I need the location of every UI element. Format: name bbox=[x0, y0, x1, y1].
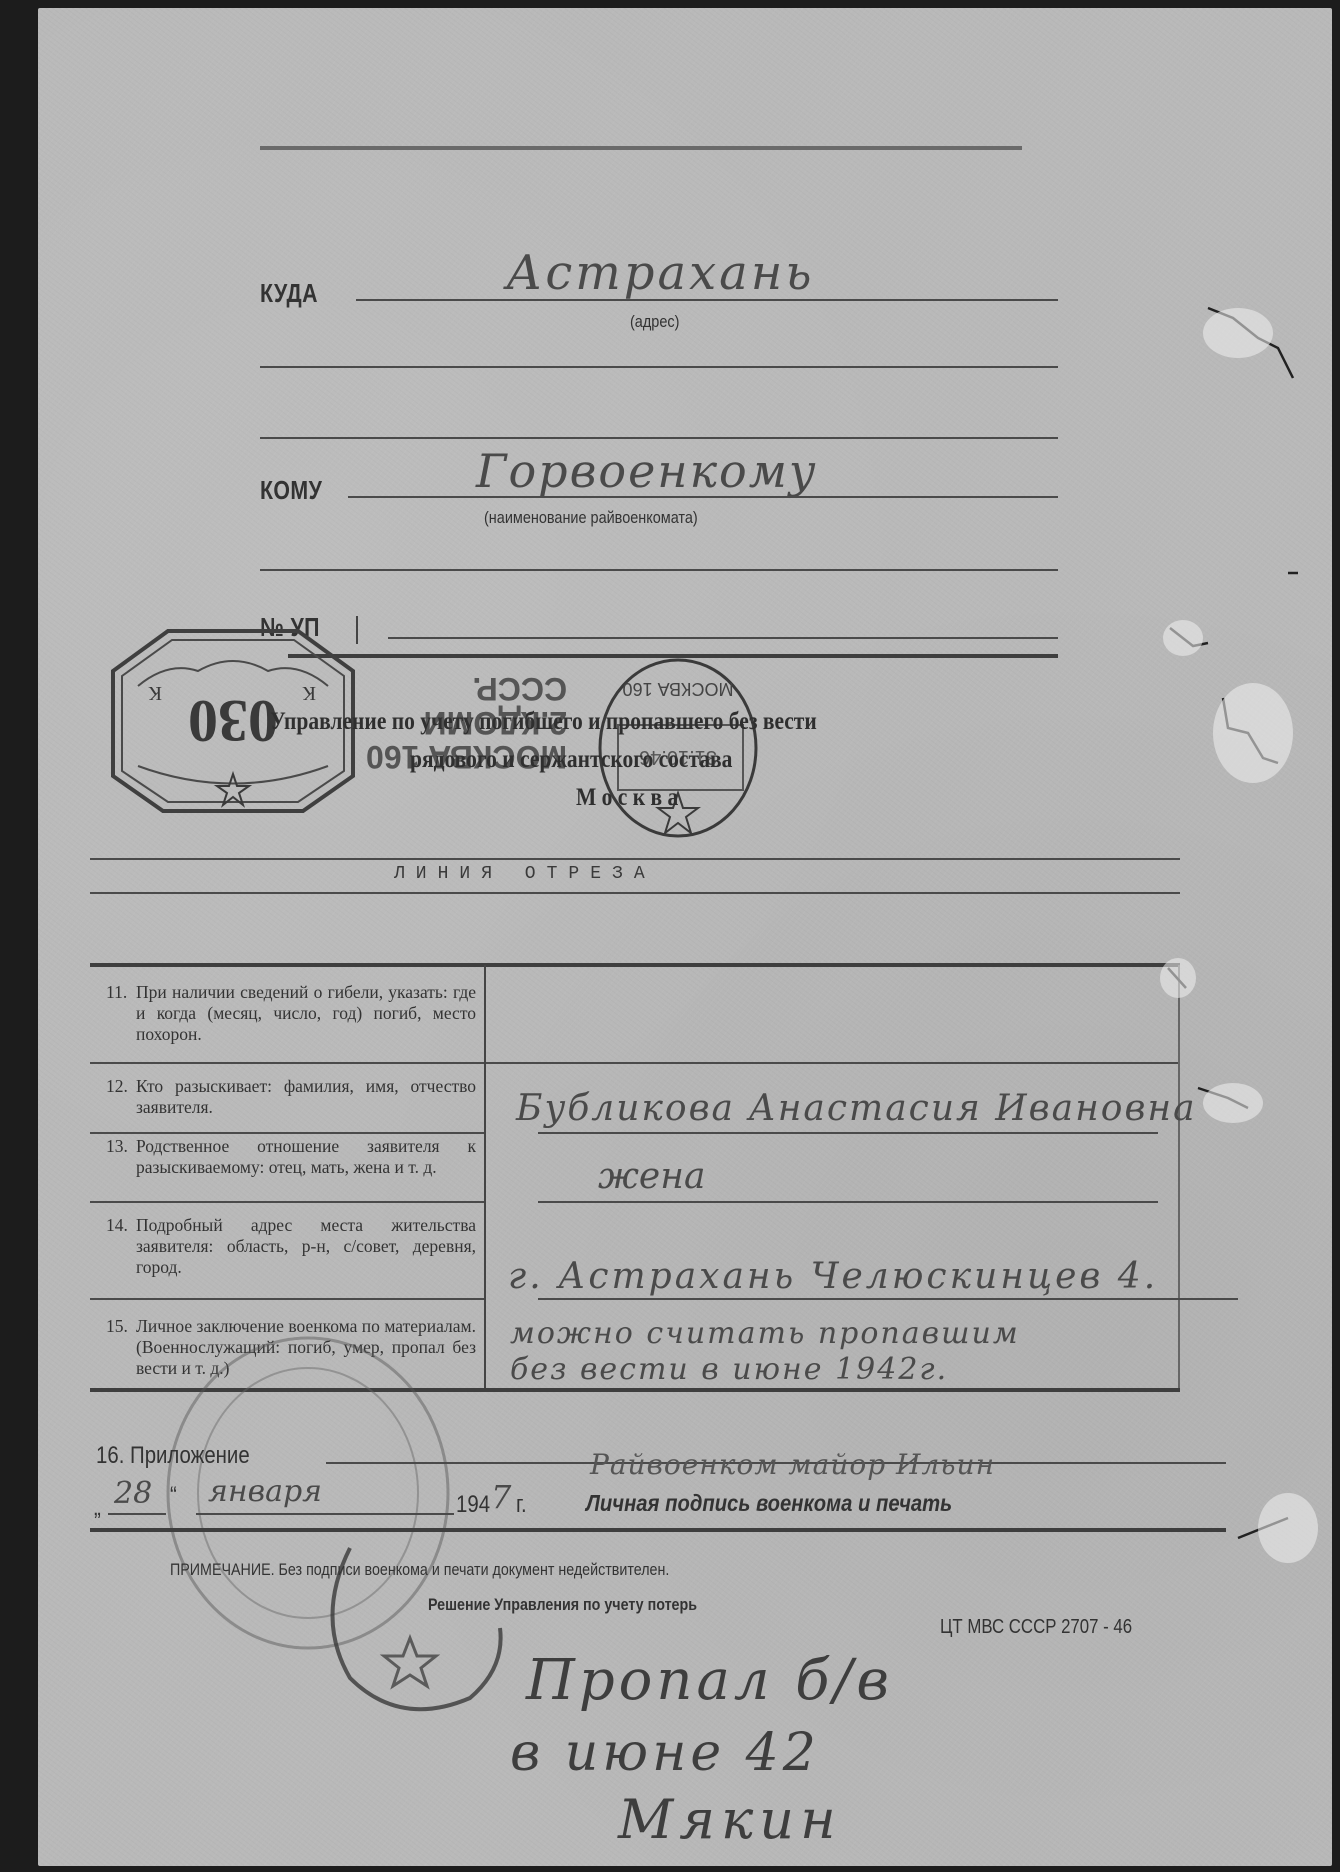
date-open-quote: „ bbox=[94, 1494, 101, 1522]
answer-15-line-2: без вести в июне 1942г. bbox=[510, 1352, 948, 1387]
answer-13: жена bbox=[598, 1156, 705, 1197]
svg-text:К: К bbox=[302, 682, 316, 704]
cut-line-label: ЛИНИЯ ОТРЕЗА bbox=[394, 864, 656, 884]
addressee-line-3: М о с к в а bbox=[576, 784, 678, 812]
signature-row-bottom bbox=[90, 1528, 1226, 1532]
cut-line-bottom bbox=[90, 892, 1180, 894]
mail-text-line1: СССР. bbox=[366, 672, 567, 706]
to-whom-label: КОМУ bbox=[260, 475, 322, 506]
row-14-bottom bbox=[90, 1298, 484, 1300]
table-top-border bbox=[90, 963, 1180, 967]
paper-tear-marks bbox=[1138, 288, 1332, 1588]
svg-text:МОСКВА 160: МОСКВА 160 bbox=[623, 679, 734, 699]
address-line-3 bbox=[260, 437, 1058, 439]
commissar-signature: Райвоенком майор Ильин bbox=[590, 1448, 995, 1481]
print-code: ЦТ МВС СССР 2707 - 46 bbox=[940, 1616, 1132, 1639]
question-12: 12.Кто разыскивает: фамилия, имя, отчест… bbox=[106, 1076, 476, 1118]
addressee-line-1: Управление по учету погибшего и пропавше… bbox=[270, 708, 817, 736]
footer-note: ПРИМЕЧАНИЕ. Без подписи военкома и печат… bbox=[170, 1560, 669, 1580]
to-whom-caption: (наименование райвоенкомата) bbox=[484, 508, 698, 528]
date-day-line bbox=[108, 1513, 166, 1515]
question-11: 11.При наличии сведений о гибели, указат… bbox=[106, 982, 476, 1045]
answer-12: Бубликова Анастасия Ивановна bbox=[516, 1088, 1197, 1129]
date-month: января bbox=[208, 1474, 322, 1509]
table-divider bbox=[484, 965, 486, 1390]
answer-11-line bbox=[486, 1062, 1178, 1064]
date-month-line bbox=[196, 1513, 454, 1515]
top-rule bbox=[260, 146, 1022, 150]
date-year-suffix: 7 bbox=[491, 1478, 511, 1516]
answer-13-line bbox=[538, 1201, 1158, 1203]
signature-caption: Личная подпись военкома и печать bbox=[586, 1490, 952, 1517]
to-where-label: КУДА bbox=[260, 278, 318, 309]
to-where-value: Астрахань bbox=[506, 245, 815, 301]
row-13-bottom bbox=[90, 1201, 484, 1203]
answer-14: г. Астрахань Челюскинцев 4. bbox=[508, 1256, 1158, 1297]
to-whom-value: Горвоенкому bbox=[476, 444, 818, 498]
answer-14-line bbox=[538, 1298, 1238, 1300]
decision-title: Решение Управления по учету потерь bbox=[428, 1595, 697, 1615]
decision-seal bbox=[310, 1528, 510, 1728]
row-12-bottom bbox=[90, 1132, 484, 1134]
appendix-label: 16. Приложение bbox=[96, 1442, 250, 1470]
decision-line-1: Пропал б/в bbox=[526, 1648, 893, 1713]
question-13: 13.Родственное отношение заявителя к раз… bbox=[106, 1136, 476, 1178]
decision-line-2: в июне 42 bbox=[510, 1723, 820, 1783]
svg-text:К: К bbox=[148, 682, 162, 704]
date-close-quote: “ bbox=[170, 1482, 177, 1510]
row-11-bottom bbox=[90, 1062, 484, 1064]
to-where-caption: (адрес) bbox=[630, 312, 679, 332]
to-whom-line-2 bbox=[260, 569, 1058, 571]
answer-15-line-1: можно считать пропавшим bbox=[510, 1316, 1020, 1351]
document-paper: КУДА Астрахань (адрес) КОМУ Горвоенкому … bbox=[38, 8, 1332, 1866]
date-year-unit: г. bbox=[516, 1491, 527, 1519]
date-day: 28 bbox=[114, 1476, 152, 1511]
decision-signature: Мякин bbox=[618, 1788, 842, 1851]
date-year-prefix: 194 bbox=[456, 1491, 490, 1519]
answer-12-line bbox=[538, 1132, 1158, 1134]
cut-line-top bbox=[90, 858, 1180, 860]
up-number-line bbox=[388, 637, 1058, 639]
addressee-line-2: рядового и сержантского состава bbox=[410, 746, 732, 774]
svg-text:030: 030 bbox=[188, 688, 278, 754]
address-line-2 bbox=[260, 366, 1058, 368]
question-14: 14.Подробный адрес места жительства заяв… bbox=[106, 1215, 476, 1278]
